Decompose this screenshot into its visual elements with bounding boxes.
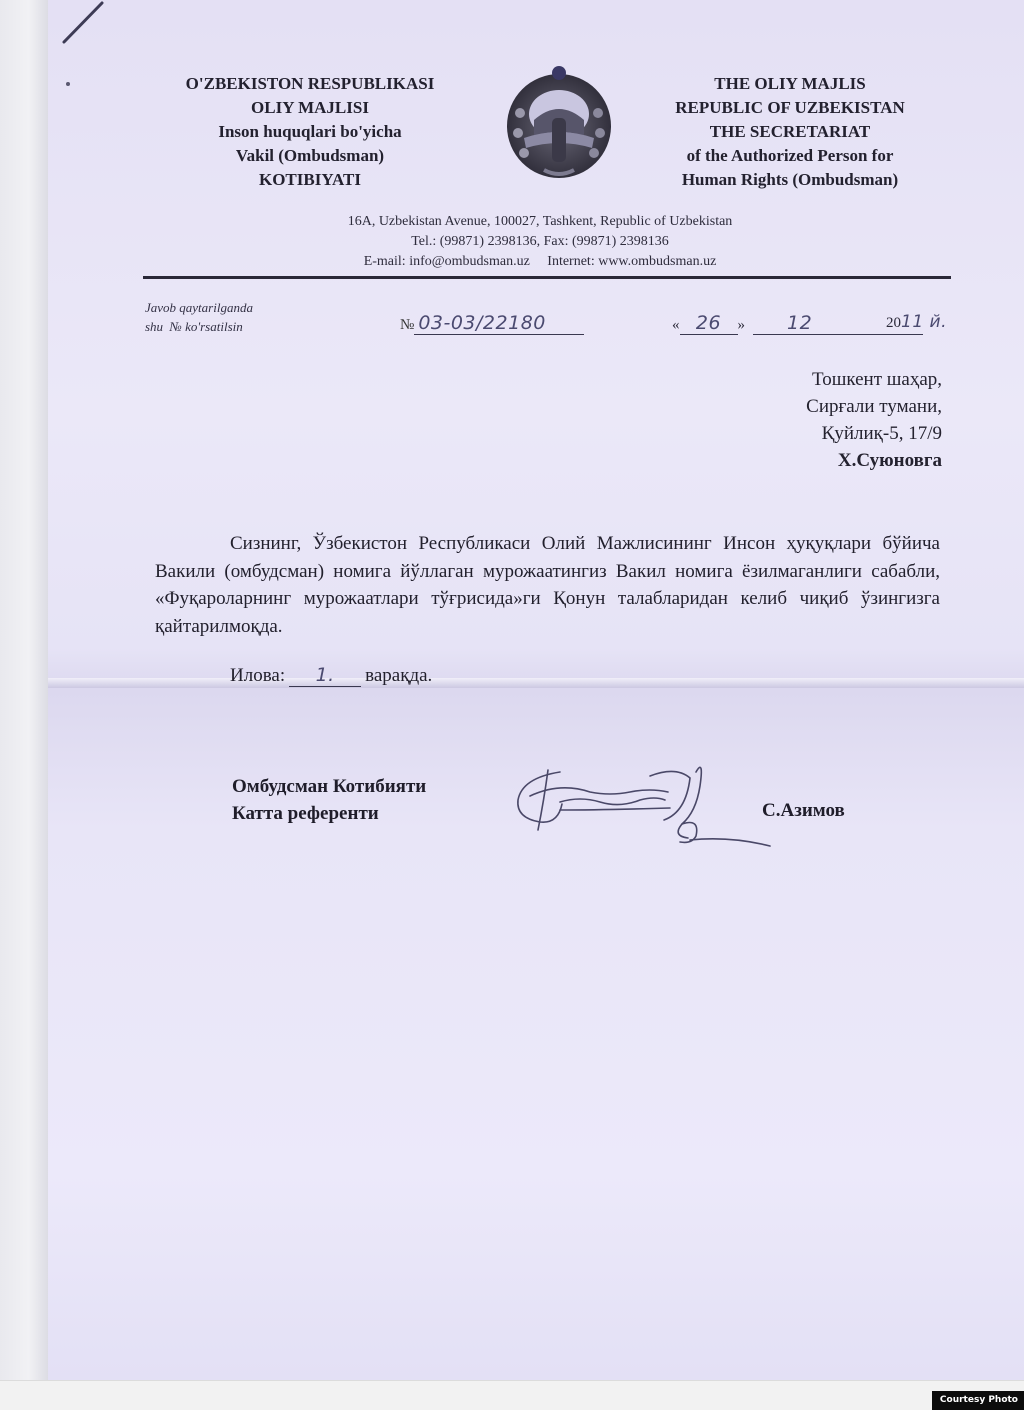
- letterhead-line: O'ZBEKISTON RESPUBLIKASI: [150, 72, 470, 96]
- letterhead-line: of the Authorized Person for: [640, 144, 940, 168]
- scan-left-margin: [0, 0, 48, 1410]
- handwritten-day: 26: [680, 312, 738, 335]
- letterhead-divider: [143, 276, 951, 279]
- address-line: 16A, Uzbekistan Avenue, 100027, Tashkent…: [200, 212, 880, 232]
- quote-close: »: [738, 317, 746, 333]
- letterhead-line: Vakil (Ombudsman): [150, 144, 470, 168]
- handwritten-year: 11 й.: [901, 312, 947, 332]
- reply-note-line: Javob qaytarilganda: [145, 298, 253, 317]
- handwritten-attachment-count: 1.: [289, 664, 361, 687]
- year-prefix: 20: [886, 315, 901, 331]
- attachment-line: Илова:1.варақда.: [230, 664, 432, 687]
- letterhead-line: REPUBLIC OF UZBEKISTAN: [640, 96, 940, 120]
- attachment-unit: варақда.: [365, 665, 432, 686]
- registration-number: №03-03/22180: [400, 312, 584, 335]
- signer-title-line: Катта референти: [232, 800, 426, 827]
- address-line: Қуйлиқ-5, 17/9: [806, 420, 942, 447]
- pen-stroke-mark: [60, 0, 120, 50]
- signer-title-line: Омбудсман Котибияти: [232, 773, 426, 800]
- attachment-label: Илова:: [230, 665, 285, 686]
- letterhead-contacts: 16A, Uzbekistan Avenue, 100027, Tashkent…: [200, 212, 880, 272]
- state-emblem-icon: [494, 58, 624, 188]
- ink-dot: [66, 82, 70, 86]
- paper-fold-line: [48, 678, 1024, 688]
- photo-credit-badge: Courtesy Photo: [932, 1391, 1024, 1410]
- address-line: Сирғали тумани,: [806, 393, 942, 420]
- number-sign: №: [400, 317, 414, 333]
- quote-open: «: [672, 317, 680, 333]
- letterhead-line: KOTIBIYATI: [150, 168, 470, 192]
- letterhead-line: Human Rights (Ombudsman): [640, 168, 940, 192]
- handwritten-reg-number: 03-03/22180: [414, 312, 584, 335]
- phone-fax-line: Tel.: (99871) 2398136, Fax: (99871) 2398…: [200, 232, 880, 252]
- reply-instruction: Javob qaytarilganda shu № ko'rsatilsin: [145, 298, 253, 336]
- letterhead-line: OLIY MAJLISI: [150, 96, 470, 120]
- letter-year: 2011 й.: [886, 312, 947, 332]
- letterhead-english: THE OLIY MAJLIS REPUBLIC OF UZBEKISTAN T…: [640, 72, 940, 192]
- address-line: Тошкент шаҳар,: [806, 366, 942, 393]
- email-web-line: E-mail: info@ombudsman.uz Internet: www.…: [200, 252, 880, 272]
- signer-name: С.Азимов: [762, 800, 845, 822]
- signer-title: Омбудсман Котибияти Катта референти: [232, 773, 426, 827]
- letterhead-line: Inson huquqlari bo'yicha: [150, 120, 470, 144]
- image-bottom-margin: Courtesy Photo: [0, 1380, 1024, 1410]
- letterhead-uzbek: O'ZBEKISTON RESPUBLIKASI OLIY MAJLISI In…: [150, 72, 470, 192]
- handwritten-signature: [500, 752, 780, 852]
- letter-page: [48, 0, 1024, 1380]
- reply-note-line: shu № ko'rsatilsin: [145, 317, 253, 336]
- letterhead-line: THE OLIY MAJLIS: [640, 72, 940, 96]
- letter-body: Сизнинг, Ўзбекистон Республикаси Олий Ма…: [155, 530, 940, 640]
- addressee-block: Тошкент шаҳар, Сирғали тумани, Қуйлиқ-5,…: [806, 366, 942, 474]
- letterhead-line: THE SECRETARIAT: [640, 120, 940, 144]
- addressee-name: Х.Суюновга: [806, 447, 942, 474]
